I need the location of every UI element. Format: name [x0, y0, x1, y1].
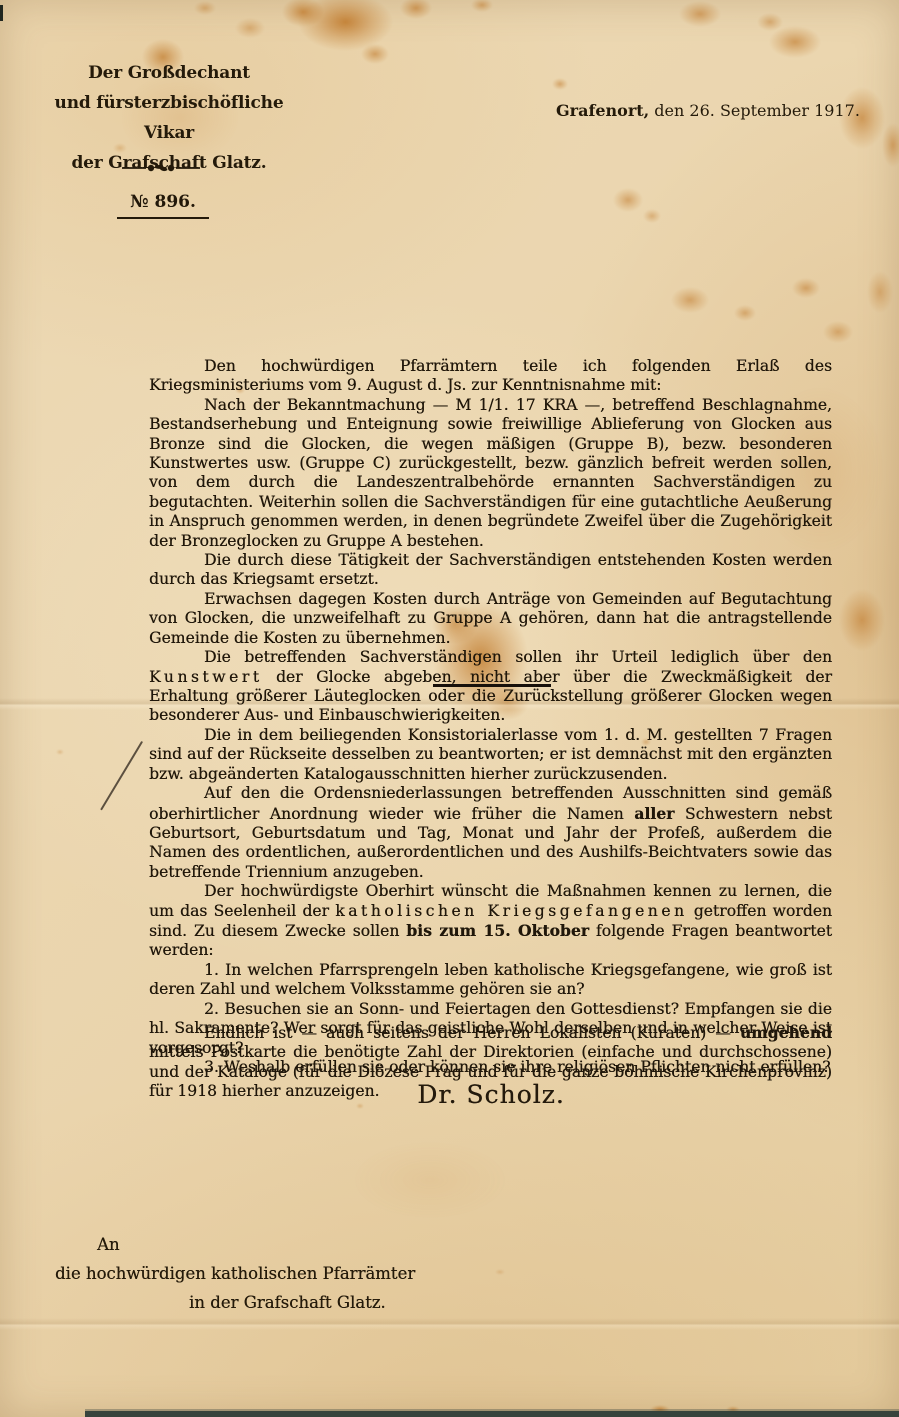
- emphasis-kunstwert: Kunstwert: [149, 668, 262, 686]
- emphasis-deadline: bis zum 15. Oktober: [406, 921, 589, 940]
- address-region: in der Grafschaft Glatz.: [189, 1293, 386, 1312]
- section-divider-rule: [433, 684, 551, 687]
- address-recipient: die hochwürdigen katholischen Pfarrämter: [55, 1264, 415, 1283]
- ornament-rule-icon: [122, 160, 200, 174]
- emphasis-aller: aller: [634, 804, 674, 823]
- dateline-date: den 26. September 1917.: [649, 101, 860, 120]
- scan-edge-mark: [0, 5, 3, 21]
- letterhead-line1: Der Großdechant: [40, 58, 298, 88]
- question-1: 1. In welchen Pfarrsprengeln leben katho…: [149, 961, 832, 1000]
- letterhead-line2: und fürsterzbischöfliche Vikar: [40, 88, 298, 148]
- body-section-1: Den hochwürdigen Pfarrämtern teile ich f…: [149, 357, 832, 726]
- paragraph-kunstwert: Die betreffenden Sachverständigen sollen…: [149, 648, 832, 726]
- dateline: Grafenort, den 26. September 1917.: [556, 101, 860, 120]
- address-salutation: An: [97, 1235, 120, 1254]
- paragraph-konsistorialerlass: Die in dem beiliegenden Konsistorialerla…: [149, 726, 832, 784]
- paragraph-oberhirt: Der hochwürdigste Oberhirt wünscht die M…: [149, 882, 832, 961]
- fold-crease-lower: [0, 1318, 899, 1330]
- paragraph-ordensniederlassungen: Auf den die Ordensniederlassungen betref…: [149, 784, 832, 882]
- paragraph-kosten-gemeinde: Erwachsen dagegen Kosten durch Anträge v…: [149, 590, 832, 648]
- emphasis-umgehend: umgehend: [740, 1023, 832, 1042]
- emphasis-kriegsgefangene: katholischen Kriegsgefangenen: [335, 902, 687, 920]
- handwritten-slash-mark: [100, 741, 143, 811]
- paragraph-kosten-kriegsamt: Die durch diese Tätigkeit der Sachverstä…: [149, 551, 832, 590]
- document-number: № 896.: [117, 192, 209, 219]
- signature: Dr. Scholz.: [360, 1080, 622, 1109]
- letter-page: Der Großdechant und fürsterzbischöfliche…: [0, 0, 899, 1417]
- paragraph-intro: Den hochwürdigen Pfarrämtern teile ich f…: [149, 357, 832, 396]
- paragraph-bekanntmachung: Nach der Bekanntmachung — M 1/1. 17 KRA …: [149, 396, 832, 551]
- scan-background-strip: [85, 1411, 899, 1417]
- dateline-place: Grafenort,: [556, 101, 649, 120]
